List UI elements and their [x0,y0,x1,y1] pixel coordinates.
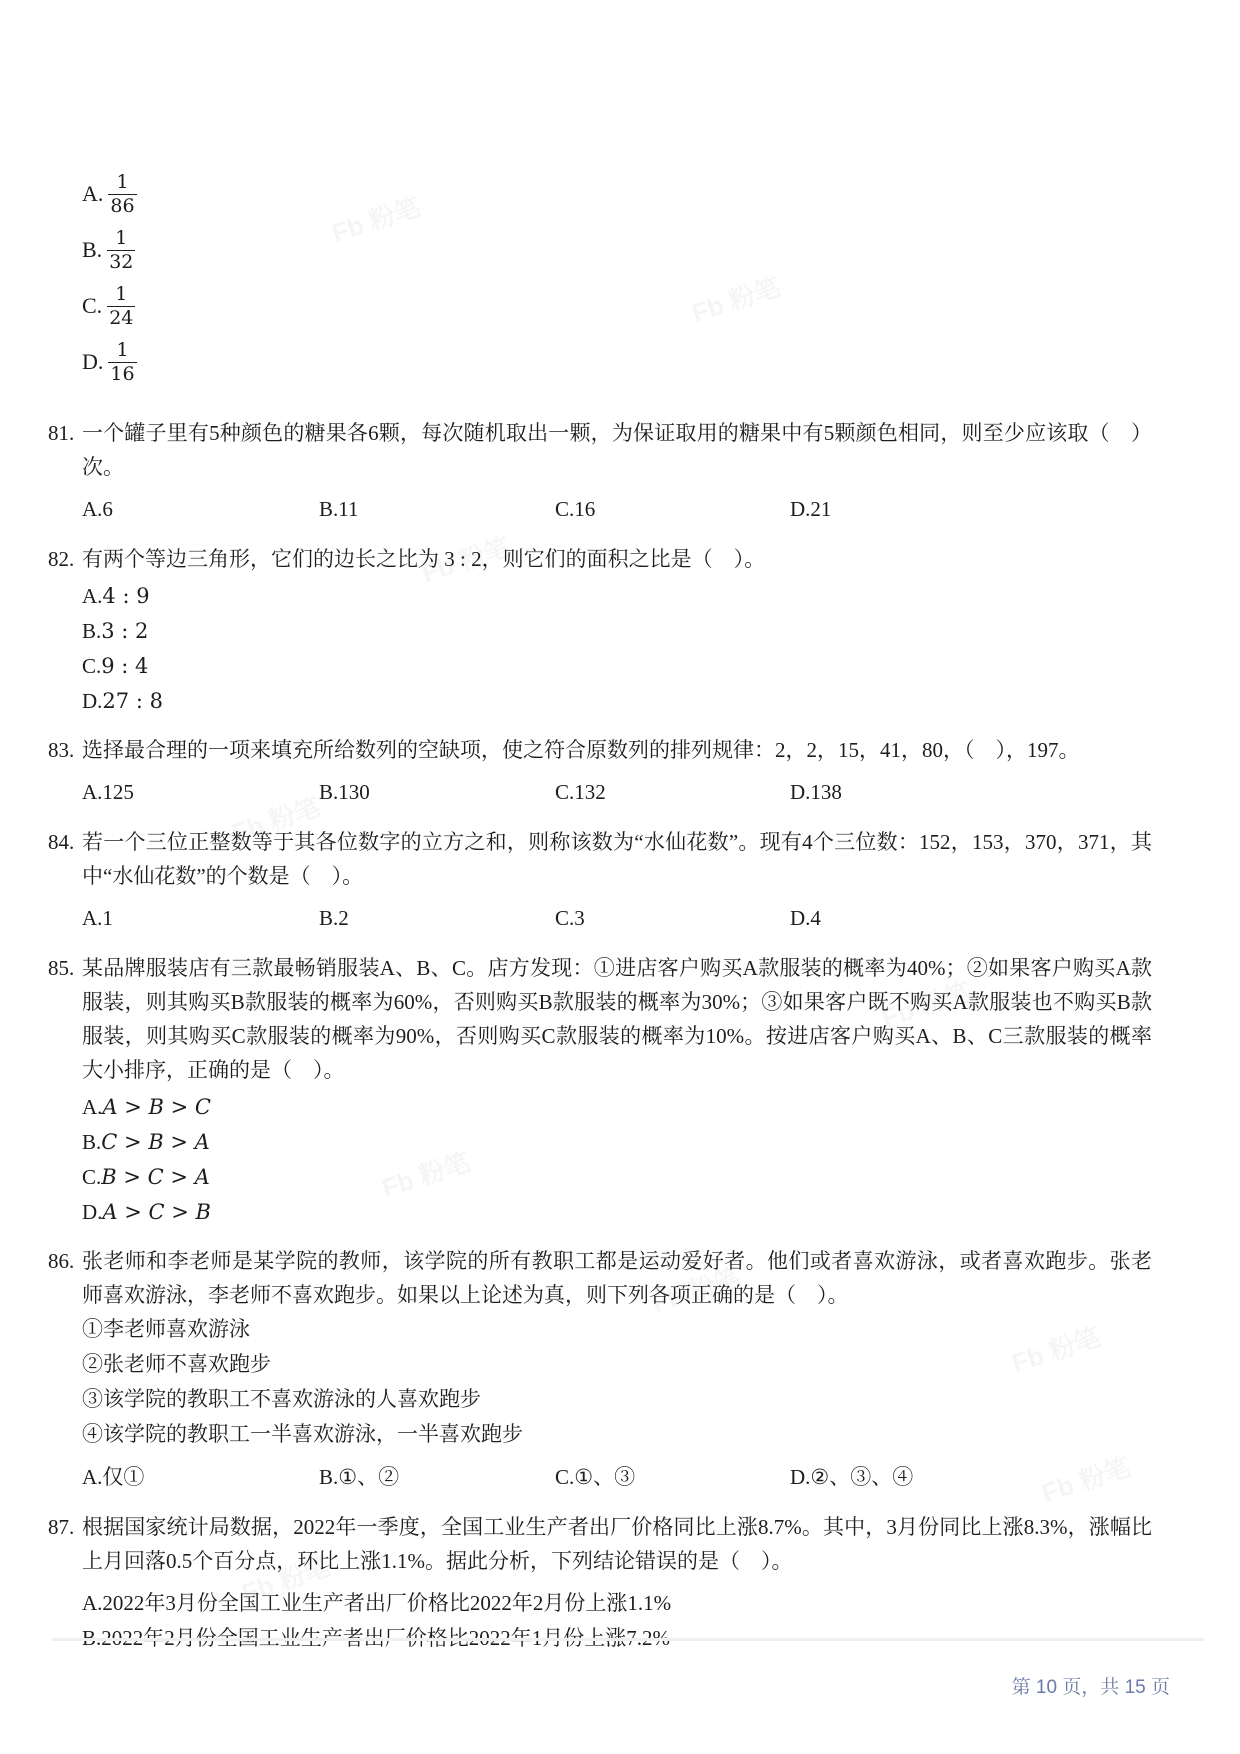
options-row: A.6 B.11 C.16 D.21 [82,492,1152,526]
fraction: 1 86 [108,171,136,217]
option-b: B.①、② [319,1460,555,1494]
options-row: A.125 B.130 C.132 D.138 [82,775,1152,809]
option-c: C.16 [555,492,790,526]
statement-1: ①李老师喜欢游泳 [82,1312,1152,1347]
option-b: B.C > B > A [82,1125,1152,1160]
fraction-denominator: 86 [108,194,136,217]
option-a: A.A > B > C [82,1090,1152,1125]
question-83: 83. 选择最合理的一项来填充所给数列的空缺项，使之符合原数列的排列规律：2，2… [48,733,1198,815]
option-value: A > C > B [102,1200,211,1224]
question-86: 86. 张老师和李老师是某学院的教师，该学院的所有教职工都是运动爱好者。他们或者… [48,1244,1198,1500]
option-c: C.B > C > A [82,1160,1152,1195]
options-list: A.A > B > C B.C > B > A C.B > C > A D.A … [82,1090,1152,1230]
option-value: 9 : 4 [101,654,148,678]
option-b: B.130 [319,775,555,809]
option-b: B. 1 32 [82,222,1198,278]
option-c: C. 1 24 [82,278,1198,334]
option-label: A. [82,584,102,608]
question-number: 87. [48,1510,82,1656]
fraction-numerator: 1 [107,227,135,249]
option-value: 4 : 9 [102,584,149,608]
option-b: B.3 : 2 [82,614,1152,649]
statement-3: ③该学院的教职工不喜欢游泳的人喜欢跑步 [82,1382,1152,1417]
question-number: 85. [48,951,82,1234]
option-a: A.4 : 9 [82,579,1152,614]
fraction: 1 32 [107,227,135,273]
question-number: 83. [48,733,82,815]
question-81: 81. 一个罐子里有5种颜色的糖果各6颗，每次随机取出一颗，为保证取用的糖果中有… [48,416,1198,532]
option-label: B. [82,1130,101,1154]
fraction-numerator: 1 [107,283,135,305]
option-label: C. [82,654,101,678]
options-row: A.仅① B.①、② C.①、③ D.②、③、④ [82,1460,1152,1494]
page-number: 第 10 页，共 15 页 [1012,1672,1170,1699]
fraction-denominator: 24 [107,306,135,329]
option-value: C > B > A [101,1130,210,1154]
fraction-denominator: 16 [108,362,136,385]
fraction: 1 16 [108,339,136,385]
option-label: B. [82,619,101,643]
option-label: A. [82,1095,102,1119]
question-text: 根据国家统计局数据，2022年一季度，全国工业生产者出厂价格同比上涨8.7%。其… [82,1510,1152,1578]
option-a: A.125 [82,775,319,809]
option-d: D.21 [790,492,1152,526]
statements-list: ①李老师喜欢游泳 ②张老师不喜欢跑步 ③该学院的教职工不喜欢游泳的人喜欢跑步 ④… [82,1312,1152,1452]
question-text: 有两个等边三角形，它们的边长之比为 3 : 2，则它们的面积之比是（ ）。 [82,542,1152,576]
question-84: 84. 若一个三位正整数等于其各位数字的立方之和，则称该数为“水仙花数”。现有4… [48,825,1198,941]
question-text: 一个罐子里有5种颜色的糖果各6颗，每次随机取出一颗，为保证取用的糖果中有5颗颜色… [82,416,1152,484]
question-number: 84. [48,825,82,941]
option-value: A > B > C [102,1095,211,1119]
fraction: 1 24 [107,283,135,329]
question-number: 82. [48,542,82,723]
option-label: C. [82,1165,101,1189]
options-row: A.1 B.2 C.3 D.4 [82,901,1152,935]
statement-2: ②张老师不喜欢跑步 [82,1347,1152,1382]
option-label: D. [82,1200,102,1224]
option-d: D.A > C > B [82,1195,1152,1230]
option-d: D.②、③、④ [790,1460,1152,1494]
options-list: A.4 : 9 B.3 : 2 C.9 : 4 D.27 : 8 [82,579,1152,719]
option-d: D.4 [790,901,1152,935]
question-number: 81. [48,416,82,532]
option-d: D. 1 16 [82,334,1198,390]
question-text: 张老师和李老师是某学院的教师，该学院的所有教职工都是运动爱好者。他们或者喜欢游泳… [82,1244,1152,1312]
fraction-denominator: 32 [107,250,135,273]
option-c: C.3 [555,901,790,935]
option-value: 3 : 2 [101,619,148,643]
option-label: D. [82,689,102,713]
question-text: 选择最合理的一项来填充所给数列的空缺项，使之符合原数列的排列规律：2，2，15，… [82,733,1152,767]
option-label: B. [82,237,102,263]
fraction-options-list: A. 1 86 B. 1 32 C. 1 24 [82,166,1198,390]
fraction-numerator: 1 [108,171,136,193]
option-a: A.2022年3月份全国工业生产者出厂价格比2022年2月份上涨1.1% [82,1586,1152,1621]
option-value: 27 : 8 [102,689,163,713]
option-a: A.1 [82,901,319,935]
question-87: 87. 根据国家统计局数据，2022年一季度，全国工业生产者出厂价格同比上涨8.… [48,1510,1198,1656]
options-list: A.2022年3月份全国工业生产者出厂价格比2022年2月份上涨1.1% B.2… [82,1586,1152,1656]
option-c: C.①、③ [555,1460,790,1494]
option-label: D. [82,349,103,375]
question-text: 某品牌服装店有三款最畅销服装A、B、C。店方发现：①进店客户购买A款服装的概率为… [82,951,1152,1087]
option-a: A.仅① [82,1460,319,1494]
page-content: A. 1 86 B. 1 32 C. 1 24 [48,166,1198,1666]
fraction-numerator: 1 [108,339,136,361]
option-label: C. [82,293,102,319]
option-a: A.6 [82,492,319,526]
exam-page: Fb 粉笔 Fb 粉笔 Fb 粉笔 Fb 粉笔 Fb 粉笔 Fb 粉笔 Fb 粉… [0,0,1240,1754]
option-c: C.132 [555,775,790,809]
question-text: 若一个三位正整数等于其各位数字的立方之和，则称该数为“水仙花数”。现有4个三位数… [82,825,1152,893]
option-b: B.2 [319,901,555,935]
question-85: 85. 某品牌服装店有三款最畅销服装A、B、C。店方发现：①进店客户购买A款服装… [48,951,1198,1234]
option-label: A. [82,181,103,207]
statement-4: ④该学院的教职工一半喜欢游泳，一半喜欢跑步 [82,1417,1152,1452]
option-d: D.138 [790,775,1152,809]
option-value: B > C > A [101,1165,210,1189]
option-a: A. 1 86 [82,166,1198,222]
option-d: D.27 : 8 [82,684,1152,719]
footer-divider [52,1638,1204,1641]
option-c: C.9 : 4 [82,649,1152,684]
question-82: 82. 有两个等边三角形，它们的边长之比为 3 : 2，则它们的面积之比是（ ）… [48,542,1198,723]
question-number: 86. [48,1244,82,1500]
option-b: B.11 [319,492,555,526]
